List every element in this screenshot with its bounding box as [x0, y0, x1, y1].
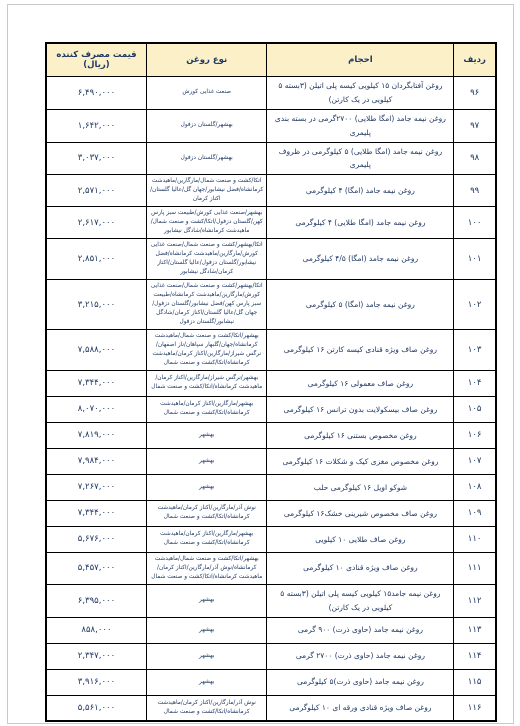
table-row: ۱۰۱روغن نیمه جامد (امگا) ۴/۵ کیلوگرمیاتک…	[46, 239, 496, 280]
price-cell: ۷,۳۴۴,۰۰۰	[46, 370, 146, 396]
oil-type-cell: بهشهر/نرگس شیراز/مارگارین/اکناز کرمان/ما…	[146, 370, 267, 396]
price-cell: ۶,۳۹۵,۰۰۰	[46, 584, 146, 617]
table-row: ۹۹روغن نیمه جامد (امگا) ۴ کیلوگرمیاتکا/ک…	[46, 175, 496, 207]
table-row: ۱۰۸شوکو اویل ۱۶ کیلوگرمی حلببهشهر۷,۲۶۷,۰…	[46, 474, 496, 500]
table-row: ۱۱۶روغن صاف ویژه قنادی ورقه ای ۱۰ کیلوگر…	[46, 695, 496, 721]
table-row: ۱۱۳روغن نیمه جامد (حاوی ذرت) ۹۰۰ گرمیبهش…	[46, 617, 496, 643]
row-number-cell: ۹۸	[454, 142, 496, 175]
item-cell: روغن صاف ویژه قنادی ورقه ای ۱۰ کیلوگرمی	[267, 695, 454, 721]
price-cell: ۲,۳۴۷,۰۰۰	[46, 643, 146, 669]
oil-price-table: ردیف احجام نوع روغن قیمت مصرف کننده (ریا…	[45, 42, 497, 722]
row-number-cell: ۹۷	[454, 109, 496, 142]
row-number-cell: ۱۱۴	[454, 643, 496, 669]
item-cell: روغن نیمه جامد (حاوی ذرت)۵ کیلوگرمی	[267, 669, 454, 695]
price-cell: ۷,۸۱۹,۰۰۰	[46, 422, 146, 448]
oil-type-cell: بهشهر/گلستان دزفول	[146, 109, 267, 142]
row-number-cell: ۱۱۵	[454, 669, 496, 695]
item-cell: روغن صاف معمولی ۱۶ کیلوگرمی	[267, 370, 454, 396]
row-number-cell: ۱۰۳	[454, 330, 496, 371]
row-number-cell: ۱۱۳	[454, 617, 496, 643]
row-number-cell: ۱۰۱	[454, 239, 496, 280]
header-oil-type: نوع روغن	[146, 43, 267, 77]
oil-type-cell: بهشهر	[146, 584, 267, 617]
item-cell: روغن صاف طلایی ۱۰ کیلویی	[267, 526, 454, 552]
oil-type-cell: بهشهر	[146, 617, 267, 643]
price-cell: ۸,۰۷۰,۰۰۰	[46, 396, 146, 422]
row-number-cell: ۱۱۰	[454, 526, 496, 552]
row-number-cell: ۱۱۲	[454, 584, 496, 617]
table-row: ۱۱۰روغن صاف طلایی ۱۰ کیلوییبهشهر/مارگاری…	[46, 526, 496, 552]
table-row: ۱۱۵روغن نیمه جامد (حاوی ذرت)۵ کیلوگرمیبه…	[46, 669, 496, 695]
oil-type-cell: بهشهر/اتکا/کشت و صنعت شمال/ماهیدشت کرمان…	[146, 330, 267, 371]
price-cell: ۵,۶۷۶,۰۰۰	[46, 526, 146, 552]
row-number-cell: ۱۰۲	[454, 280, 496, 330]
oil-type-cell: بهشهر/مارگارین/اکناز کرمان/ماهیدشت کرمان…	[146, 396, 267, 422]
table-body: ۹۶روغن آفتابگردان ۱۵ کیلویی کیسه پلی اتی…	[46, 77, 496, 722]
oil-type-cell: نوش آذر/مارگارین/اکناز کرمان/ماهیدشت کرم…	[146, 695, 267, 721]
header-row-number: ردیف	[454, 43, 496, 77]
item-cell: روغن نیمه جامد۱۵ کیلویی کیسه پلی اتیلن (…	[267, 584, 454, 617]
row-number-cell: ۱۰۸	[454, 474, 496, 500]
price-cell: ۷,۵۸۸,۰۰۰	[46, 330, 146, 371]
table-header-row: ردیف احجام نوع روغن قیمت مصرف کننده (ریا…	[46, 43, 496, 77]
price-cell: ۳,۹۱۶,۰۰۰	[46, 669, 146, 695]
item-cell: روغن نیمه جامد (حاوی ذرت) ۲۷۰۰ گرمی	[267, 643, 454, 669]
oil-type-cell: بهشهر	[146, 474, 267, 500]
price-cell: ۲,۶۱۷,۰۰۰	[46, 207, 146, 239]
table-row: ۱۱۲روغن نیمه جامد۱۵ کیلویی کیسه پلی اتیل…	[46, 584, 496, 617]
price-cell: ۷,۹۸۴,۰۰۰	[46, 448, 146, 474]
row-number-cell: ۱۰۷	[454, 448, 496, 474]
price-cell: ۳,۰۳۷,۰۰۰	[46, 142, 146, 175]
price-cell: ۵,۴۵۷,۰۰۰	[46, 552, 146, 584]
item-cell: روغن صاف مخصوص شیرینی خشک۱۶ کیلوگرمی	[267, 500, 454, 526]
table-row: ۱۱۴روغن نیمه جامد (حاوی ذرت) ۲۷۰۰ گرمیبه…	[46, 643, 496, 669]
item-cell: شوکو اویل ۱۶ کیلوگرمی حلب	[267, 474, 454, 500]
row-number-cell: ۹۹	[454, 175, 496, 207]
row-number-cell: ۱۱۶	[454, 695, 496, 721]
price-cell: ۷,۳۴۴,۰۰۰	[46, 500, 146, 526]
item-cell: روغن نیمه جامد (امگا طلایی) ۲۷۰۰گرمی در …	[267, 109, 454, 142]
header-consumer-price: قیمت مصرف کننده (ریال)	[46, 43, 146, 77]
oil-type-cell: بهشهر/مارگارین/اکناز کرمان/ماهیدشت کرمان…	[146, 526, 267, 552]
price-cell: ۲,۸۵۱,۰۰۰	[46, 239, 146, 280]
item-cell: روغن نیمه جامد (امگا) ۴ کیلوگرمی	[267, 175, 454, 207]
item-cell: روغن نیمه جامد (حاوی ذرت) ۹۰۰ گرمی	[267, 617, 454, 643]
oil-type-cell: بهشهر/صنعت غذایی کورش/طبیعت سبز پارس کهن…	[146, 207, 267, 239]
price-cell: ۵,۵۶۱,۰۰۰	[46, 695, 146, 721]
price-cell: ۶,۴۹۰,۰۰۰	[46, 77, 146, 110]
oil-type-cell: اتکا/بهشهر/کشت و صنعت شمال/صنعت غذایی کو…	[146, 239, 267, 280]
scanned-document-page: { "table": { "header": { "row_number": "…	[0, 0, 520, 726]
item-cell: روغن صاف بیسکولایت بدون ترانس ۱۶ کیلوگرم…	[267, 396, 454, 422]
oil-type-cell: اتکا/کشت و صنعت شمال/مارگارین/ماهیدشت کر…	[146, 175, 267, 207]
oil-type-cell: بهشهر	[146, 643, 267, 669]
row-number-cell: ۱۰۰	[454, 207, 496, 239]
item-cell: روغن صاف ویژه قنادی کیسه کارتن ۱۶ کیلوگر…	[267, 330, 454, 371]
oil-type-cell: بهشهر	[146, 669, 267, 695]
price-cell: ۸۵۸,۰۰۰	[46, 617, 146, 643]
oil-type-cell: بهشهر/گلستان دزفول	[146, 142, 267, 175]
price-cell: ۱,۶۴۲,۰۰۰	[46, 109, 146, 142]
price-cell: ۷,۲۶۷,۰۰۰	[46, 474, 146, 500]
table-row: ۱۰۵روغن صاف بیسکولایت بدون ترانس ۱۶ کیلو…	[46, 396, 496, 422]
item-cell: روغن صاف ویژه قنادی ۱۰ کیلوگرمی	[267, 552, 454, 584]
table-row: ۹۸روغن نیمه جامد (امگا طلایی) ۵ کیلوگرمی…	[46, 142, 496, 175]
table-row: ۱۰۲روغن نیمه جامد (امگا) ۵ کیلوگرمیاتکا/…	[46, 280, 496, 330]
oil-type-cell: نوش آذر/مارگارین/اکناز کرمان/ماهیدشت کرم…	[146, 500, 267, 526]
item-cell: روغن نیمه جامد (امگا) ۴/۵ کیلوگرمی	[267, 239, 454, 280]
row-number-cell: ۱۰۹	[454, 500, 496, 526]
table-row: ۹۷روغن نیمه جامد (امگا طلایی) ۲۷۰۰گرمی د…	[46, 109, 496, 142]
table-row: ۱۰۹روغن صاف مخصوص شیرینی خشک۱۶ کیلوگرمین…	[46, 500, 496, 526]
table-row: ۱۰۰روغن نیمه جامد (امگا طلایی) ۴ کیلوگرم…	[46, 207, 496, 239]
row-number-cell: ۱۰۴	[454, 370, 496, 396]
table-row: ۱۰۳روغن صاف ویژه قنادی کیسه کارتن ۱۶ کیل…	[46, 330, 496, 371]
oil-type-cell: بهشهر	[146, 422, 267, 448]
item-cell: روغن مخصوص بستنی ۱۶ کیلوگرمی	[267, 422, 454, 448]
price-cell: ۲,۵۷۱,۰۰۰	[46, 175, 146, 207]
item-cell: روغن نیمه جامد (امگا) ۵ کیلوگرمی	[267, 280, 454, 330]
table-row: ۱۰۶روغن مخصوص بستنی ۱۶ کیلوگرمیبهشهر۷,۸۱…	[46, 422, 496, 448]
table-row: ۱۱۱روغن صاف ویژه قنادی ۱۰ کیلوگرمیبهشهر/…	[46, 552, 496, 584]
item-cell: روغن نیمه جامد (امگا طلایی) ۴ کیلوگرمی	[267, 207, 454, 239]
item-cell: روغن نیمه جامد (امگا طلایی) ۵ کیلوگرمی د…	[267, 142, 454, 175]
oil-type-cell: اتکا/بهشهر/کشت و صنعت شمال/صنعت غذایی کو…	[146, 280, 267, 330]
oil-type-cell: صنعت غذایی کورش	[146, 77, 267, 110]
item-cell: روغن آفتابگردان ۱۵ کیلویی کیسه پلی اتیلن…	[267, 77, 454, 110]
item-cell: روغن مخصوص مغزی کیک و شکلات ۱۶ کیلوگرمی	[267, 448, 454, 474]
row-number-cell: ۱۰۵	[454, 396, 496, 422]
oil-type-cell: بهشهر/اتکا/کشت و صنعت شمال/ماهیدشت کرمان…	[146, 552, 267, 584]
table-row: ۱۰۷روغن مخصوص مغزی کیک و شکلات ۱۶ کیلوگر…	[46, 448, 496, 474]
row-number-cell: ۱۱۱	[454, 552, 496, 584]
header-items: احجام	[267, 43, 454, 77]
oil-type-cell: بهشهر	[146, 448, 267, 474]
table-row: ۱۰۴روغن صاف معمولی ۱۶ کیلوگرمیبهشهر/نرگس…	[46, 370, 496, 396]
price-cell: ۳,۲۱۵,۰۰۰	[46, 280, 146, 330]
table-row: ۹۶روغن آفتابگردان ۱۵ کیلویی کیسه پلی اتی…	[46, 77, 496, 110]
row-number-cell: ۱۰۶	[454, 422, 496, 448]
row-number-cell: ۹۶	[454, 77, 496, 110]
